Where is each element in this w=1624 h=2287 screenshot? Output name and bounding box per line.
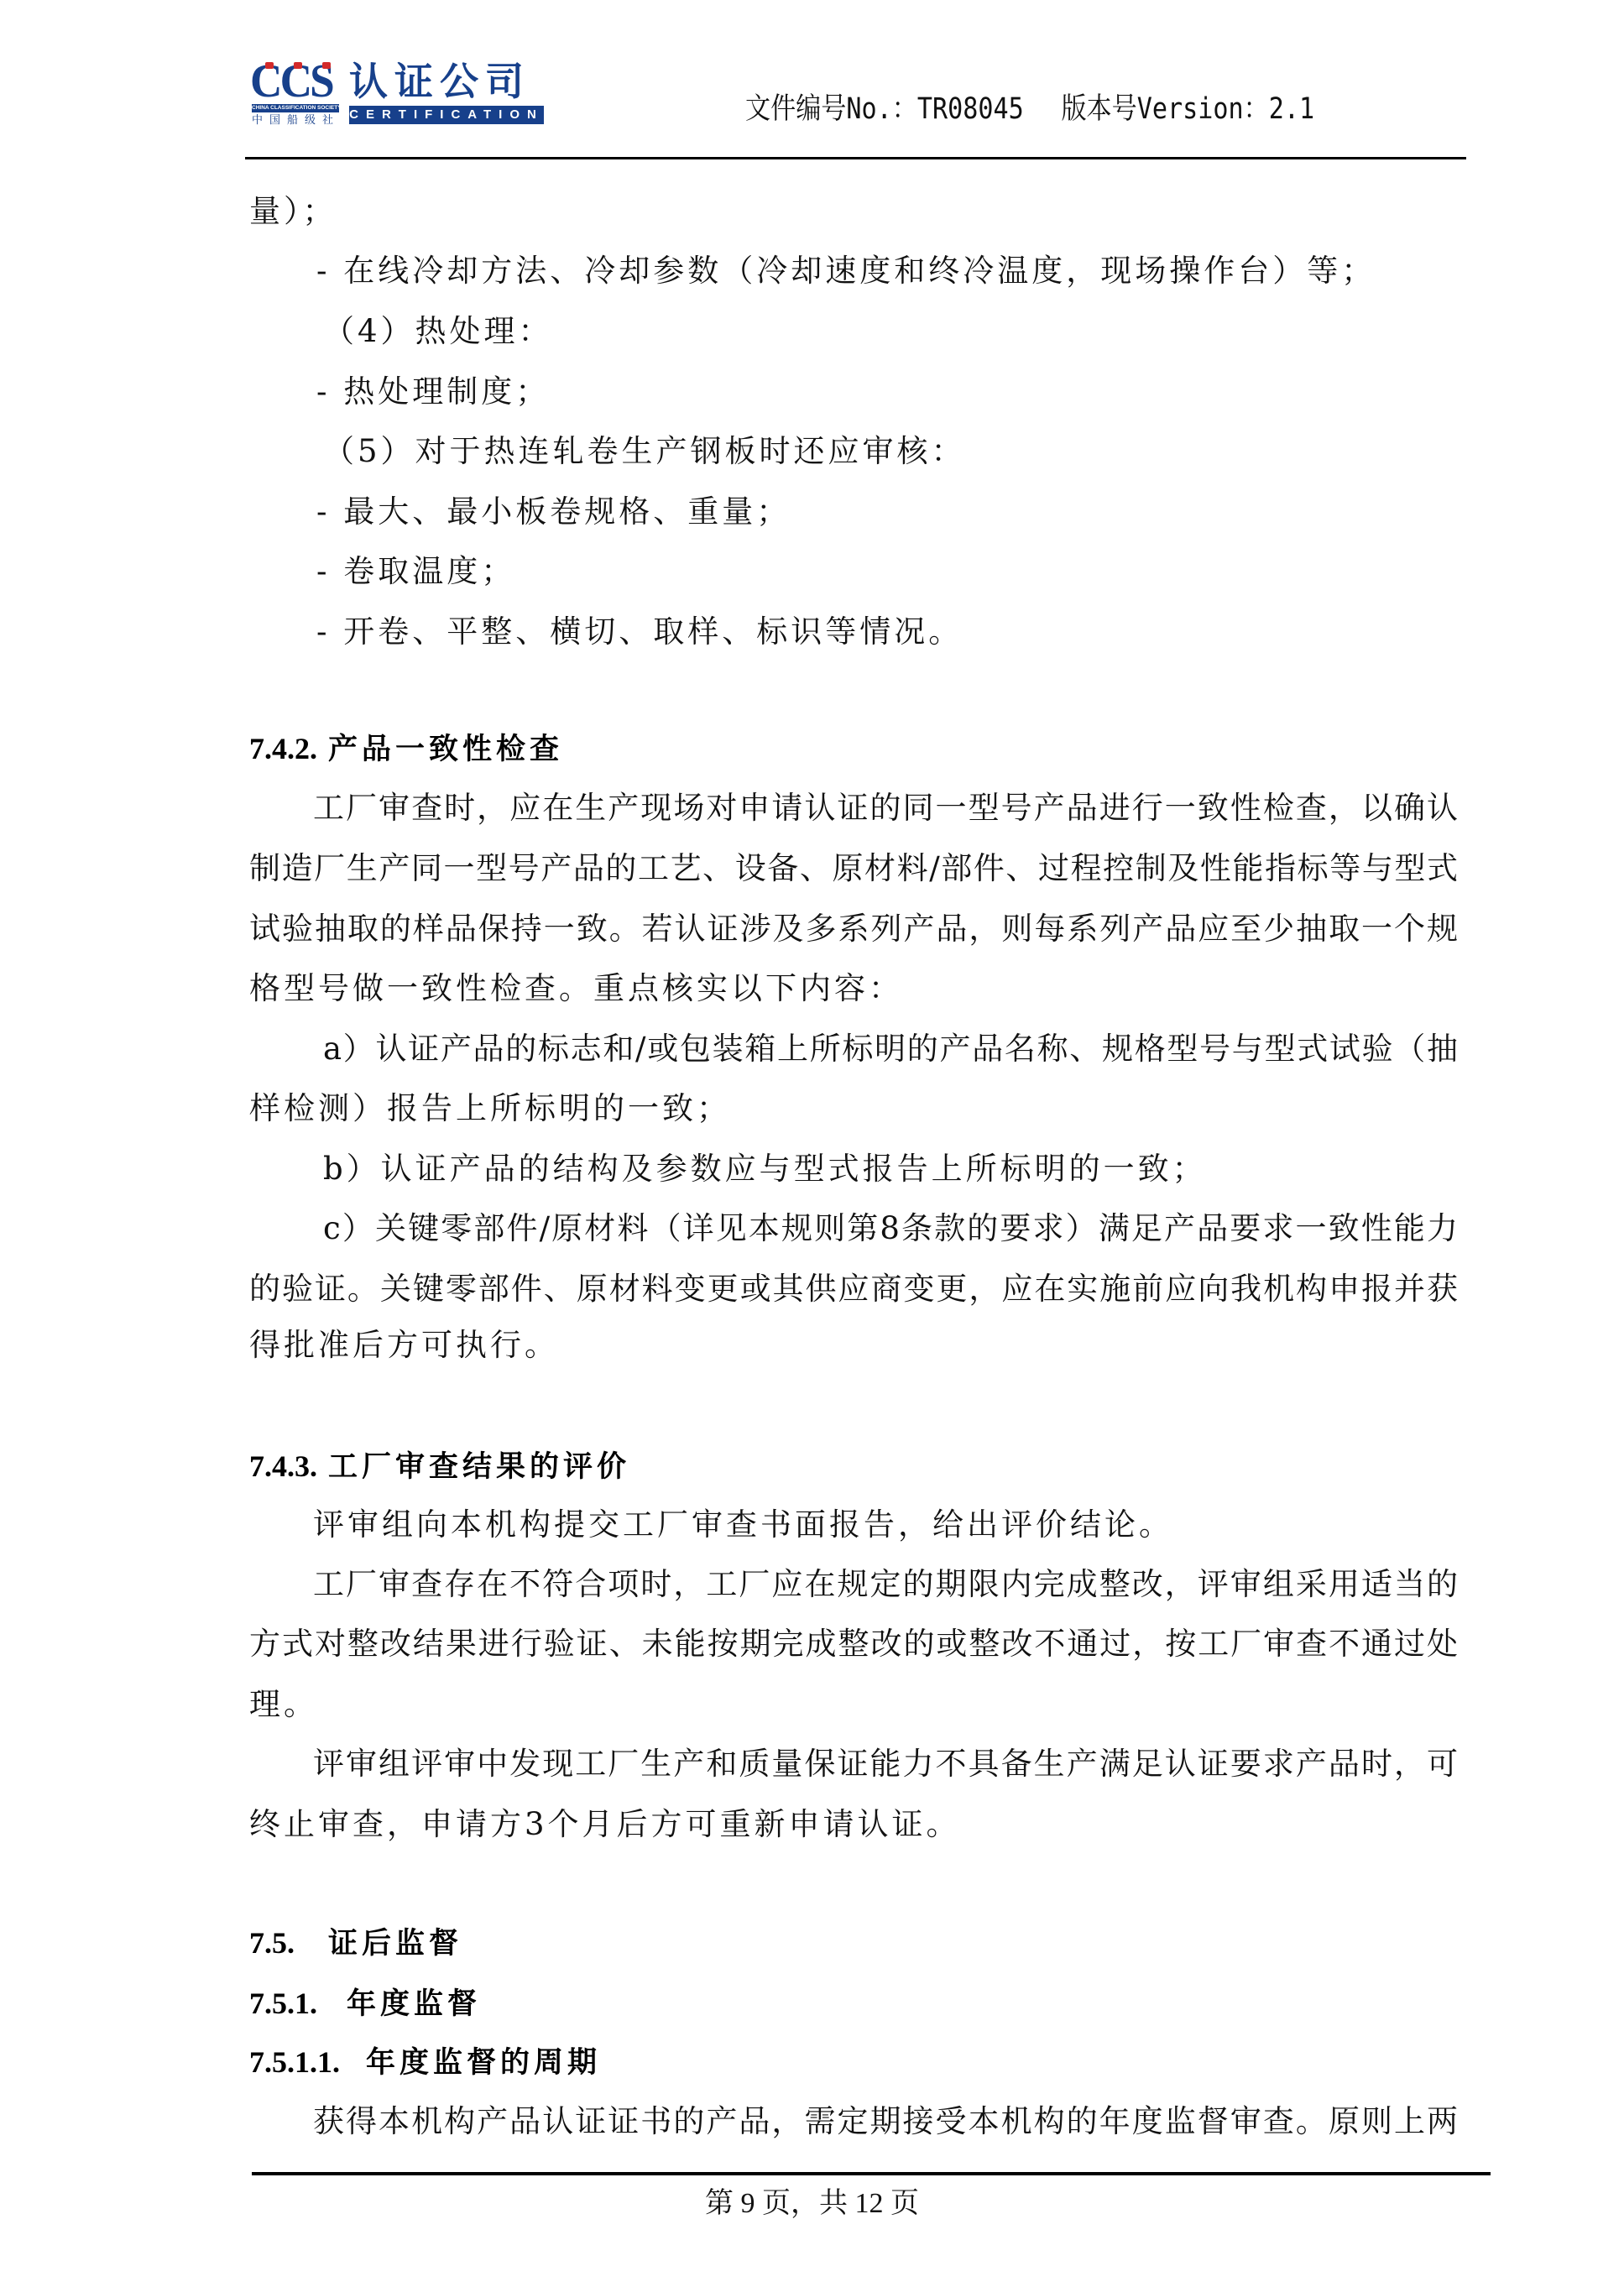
doc-no: TR08045: [917, 92, 1024, 126]
paragraph-line: 评审组评审中发现工厂生产和质量保证能力不具备生产满足认证要求产品时，可: [313, 1743, 1458, 1785]
section-title: 证后监督: [328, 1923, 462, 1965]
list-item-c: c）关键零部件/原材料（详见本规则第8条款的要求）满足产品要求一致性能力: [323, 1208, 1458, 1250]
ccs-society-cn: 中国船级社: [252, 114, 339, 128]
paragraph-line: 试验抽取的样品保持一致。若认证涉及多系列产品，则每系列产品应至少抽取一个规: [249, 908, 1458, 950]
paragraph-line: 终止审查，申请方3个月后方可重新申请认证。: [249, 1804, 1458, 1846]
section-title: 年度监督: [347, 1983, 481, 2025]
footer-divider: [252, 2172, 1491, 2175]
section-title: 产品一致性检查: [328, 728, 563, 770]
page-number: 第 9 页，共 12 页: [0, 2185, 1624, 2222]
paragraph-line: 获得本机构产品认证证书的产品，需定期接受本机构的年度监督审查。原则上两: [313, 2101, 1458, 2143]
section-heading-7-5-1: 7.5.1.年度监督: [249, 1982, 481, 2024]
section-heading-7-4-2: 7.4.2.产品一致性检查: [249, 728, 563, 770]
ccs-red-accent-icon: [294, 62, 302, 69]
version: 2.1: [1269, 92, 1314, 126]
ccs-certification-logo: CCS CHINA CLASSIFICATION SOCIETY 中国船级社 认…: [250, 60, 546, 129]
logo-company-en: CERTIFICATION: [349, 106, 544, 124]
paragraph-line: 方式对整改结果进行验证、未能按期完成整改的或整改不通过，按工厂审查不通过处: [249, 1623, 1458, 1665]
list-item-c-cont: 的验证。关键零部件、原材料变更或其供应商变更，应在实施前应向我机构申报并获: [249, 1268, 1458, 1310]
section-heading-7-5: 7.5.证后监督: [249, 1922, 462, 1964]
list-item: - 开卷、平整、横切、取样、标识等情况。: [316, 611, 1525, 653]
list-item: - 热处理制度；: [316, 371, 1525, 413]
doc-no-label: 文件编号No.：: [745, 92, 917, 126]
ccs-logo-mark: CCS CHINA CLASSIFICATION SOCIETY 中国船级社: [250, 60, 342, 129]
list-item: - 在线冷却方法、冷却参数（冷却速度和终冷温度，现场操作台）等；: [316, 250, 1525, 292]
list-item-a: a）认证产品的标志和/或包装箱上所标明的产品名称、规格型号与型式试验（抽: [323, 1028, 1458, 1070]
section-number: 7.5.: [249, 1922, 328, 1964]
list-heading: （4）热处理：: [323, 311, 1532, 352]
section-heading-7-5-1-1: 7.5.1.1.年度监督的周期: [249, 2041, 601, 2083]
paragraph-line: 评审组向本机构提交工厂审查书面报告，给出评价结论。: [313, 1504, 1458, 1546]
ccs-red-accent-icon: [322, 62, 331, 69]
paragraph-line: 工厂审查时，应在生产现场对申请认证的同一型号产品进行一致性检查，以确认: [313, 787, 1458, 829]
header-divider: [245, 157, 1466, 159]
section-number: 7.4.3.: [249, 1445, 328, 1487]
section-heading-7-4-3: 7.4.3.工厂审查结果的评价: [249, 1445, 630, 1487]
list-item: - 卷取温度；: [316, 551, 1525, 593]
paragraph-line: 制造厂生产同一型号产品的工艺、设备、原材料/部件、过程控制及性能指标等与型式: [249, 848, 1458, 890]
paragraph-line: 工厂审查存在不符合项时，工厂应在规定的期限内完成整改，评审组采用适当的: [313, 1564, 1458, 1606]
ccs-red-accent-icon: [265, 62, 274, 69]
list-item-a-cont: 样检测）报告上所标明的一致；: [249, 1088, 1458, 1130]
list-item: - 最大、最小板卷规格、重量；: [316, 491, 1525, 533]
document-info: 文件编号No.：TR08045版本号Version：2.1: [745, 91, 1345, 128]
text-line: 量）；: [249, 191, 1458, 232]
list-heading: （5）对于热连轧卷生产钢板时还应审核：: [323, 431, 1532, 473]
section-title: 年度监督的周期: [366, 2042, 601, 2084]
paragraph-line: 格型号做一致性检查。重点核实以下内容：: [249, 968, 1458, 1010]
document-page: CCS CHINA CLASSIFICATION SOCIETY 中国船级社 认…: [0, 0, 1624, 2287]
list-item-c-cont: 得批准后方可执行。: [249, 1324, 1458, 1366]
list-item-b: b）认证产品的结构及参数应与型式报告上所标明的一致；: [323, 1148, 1532, 1190]
logo-company-cn: 认证公司: [349, 60, 546, 102]
section-number: 7.4.2.: [249, 728, 328, 770]
section-number: 7.5.1.: [249, 1982, 347, 2024]
paragraph-line: 理。: [249, 1684, 1458, 1726]
version-label: 版本号Version：: [1061, 92, 1268, 126]
section-number: 7.5.1.1.: [249, 2041, 366, 2083]
section-title: 工厂审查结果的评价: [328, 1446, 630, 1488]
ccs-society-en: CHINA CLASSIFICATION SOCIETY: [252, 104, 339, 112]
